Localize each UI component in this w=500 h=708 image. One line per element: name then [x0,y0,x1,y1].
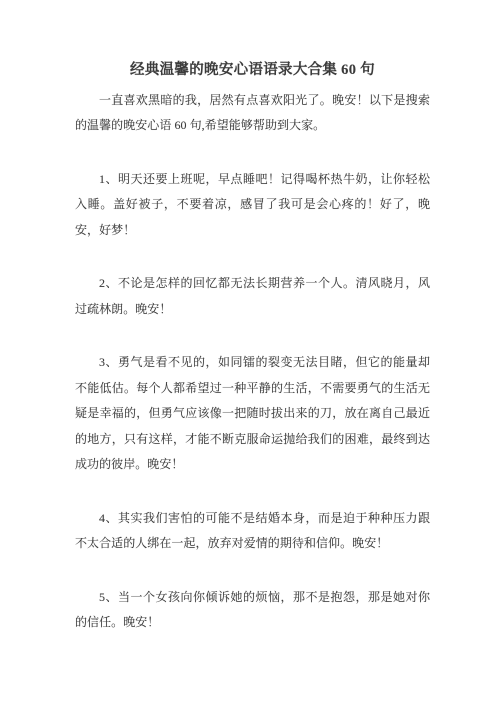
page-title: 经典温馨的晚安心语语录大合集 60 句 [75,58,430,84]
paragraph-intro: 一直喜欢黑暗的我，居然有点喜欢阳光了。晚安！以下是搜索的温馨的晚安心语 60 句… [75,88,430,139]
paragraph-quote-4: 4、其实我们害怕的可能不是结婚本身，而是迫于种种压力跟不太合适的人绑在一起，放弃… [75,506,430,557]
paragraph-quote-5: 5、当一个女孩向你倾诉她的烦恼，那不是抱怨，那是她对你的信任。晚安！ [75,585,430,636]
document-page: 经典温馨的晚安心语语录大合集 60 句 一直喜欢黑暗的我，居然有点喜欢阳光了。晚… [0,0,500,708]
paragraph-quote-2: 2、不论是怎样的回忆都无法长期营养一个人。清风晓月，风过疏林朗。晚安！ [75,271,430,322]
paragraph-quote-3: 3、勇气是看不见的，如同镭的裂变无法目睹，但它的能量却不能低估。每个人都希望过一… [75,350,430,478]
paragraph-quote-1: 1、明天还要上班呢，早点睡吧！记得喝杯热牛奶，让你轻松入睡。盖好被子，不要着凉，… [75,167,430,244]
document-body: 一直喜欢黑暗的我，居然有点喜欢阳光了。晚安！以下是搜索的温馨的晚安心语 60 句… [75,88,430,636]
